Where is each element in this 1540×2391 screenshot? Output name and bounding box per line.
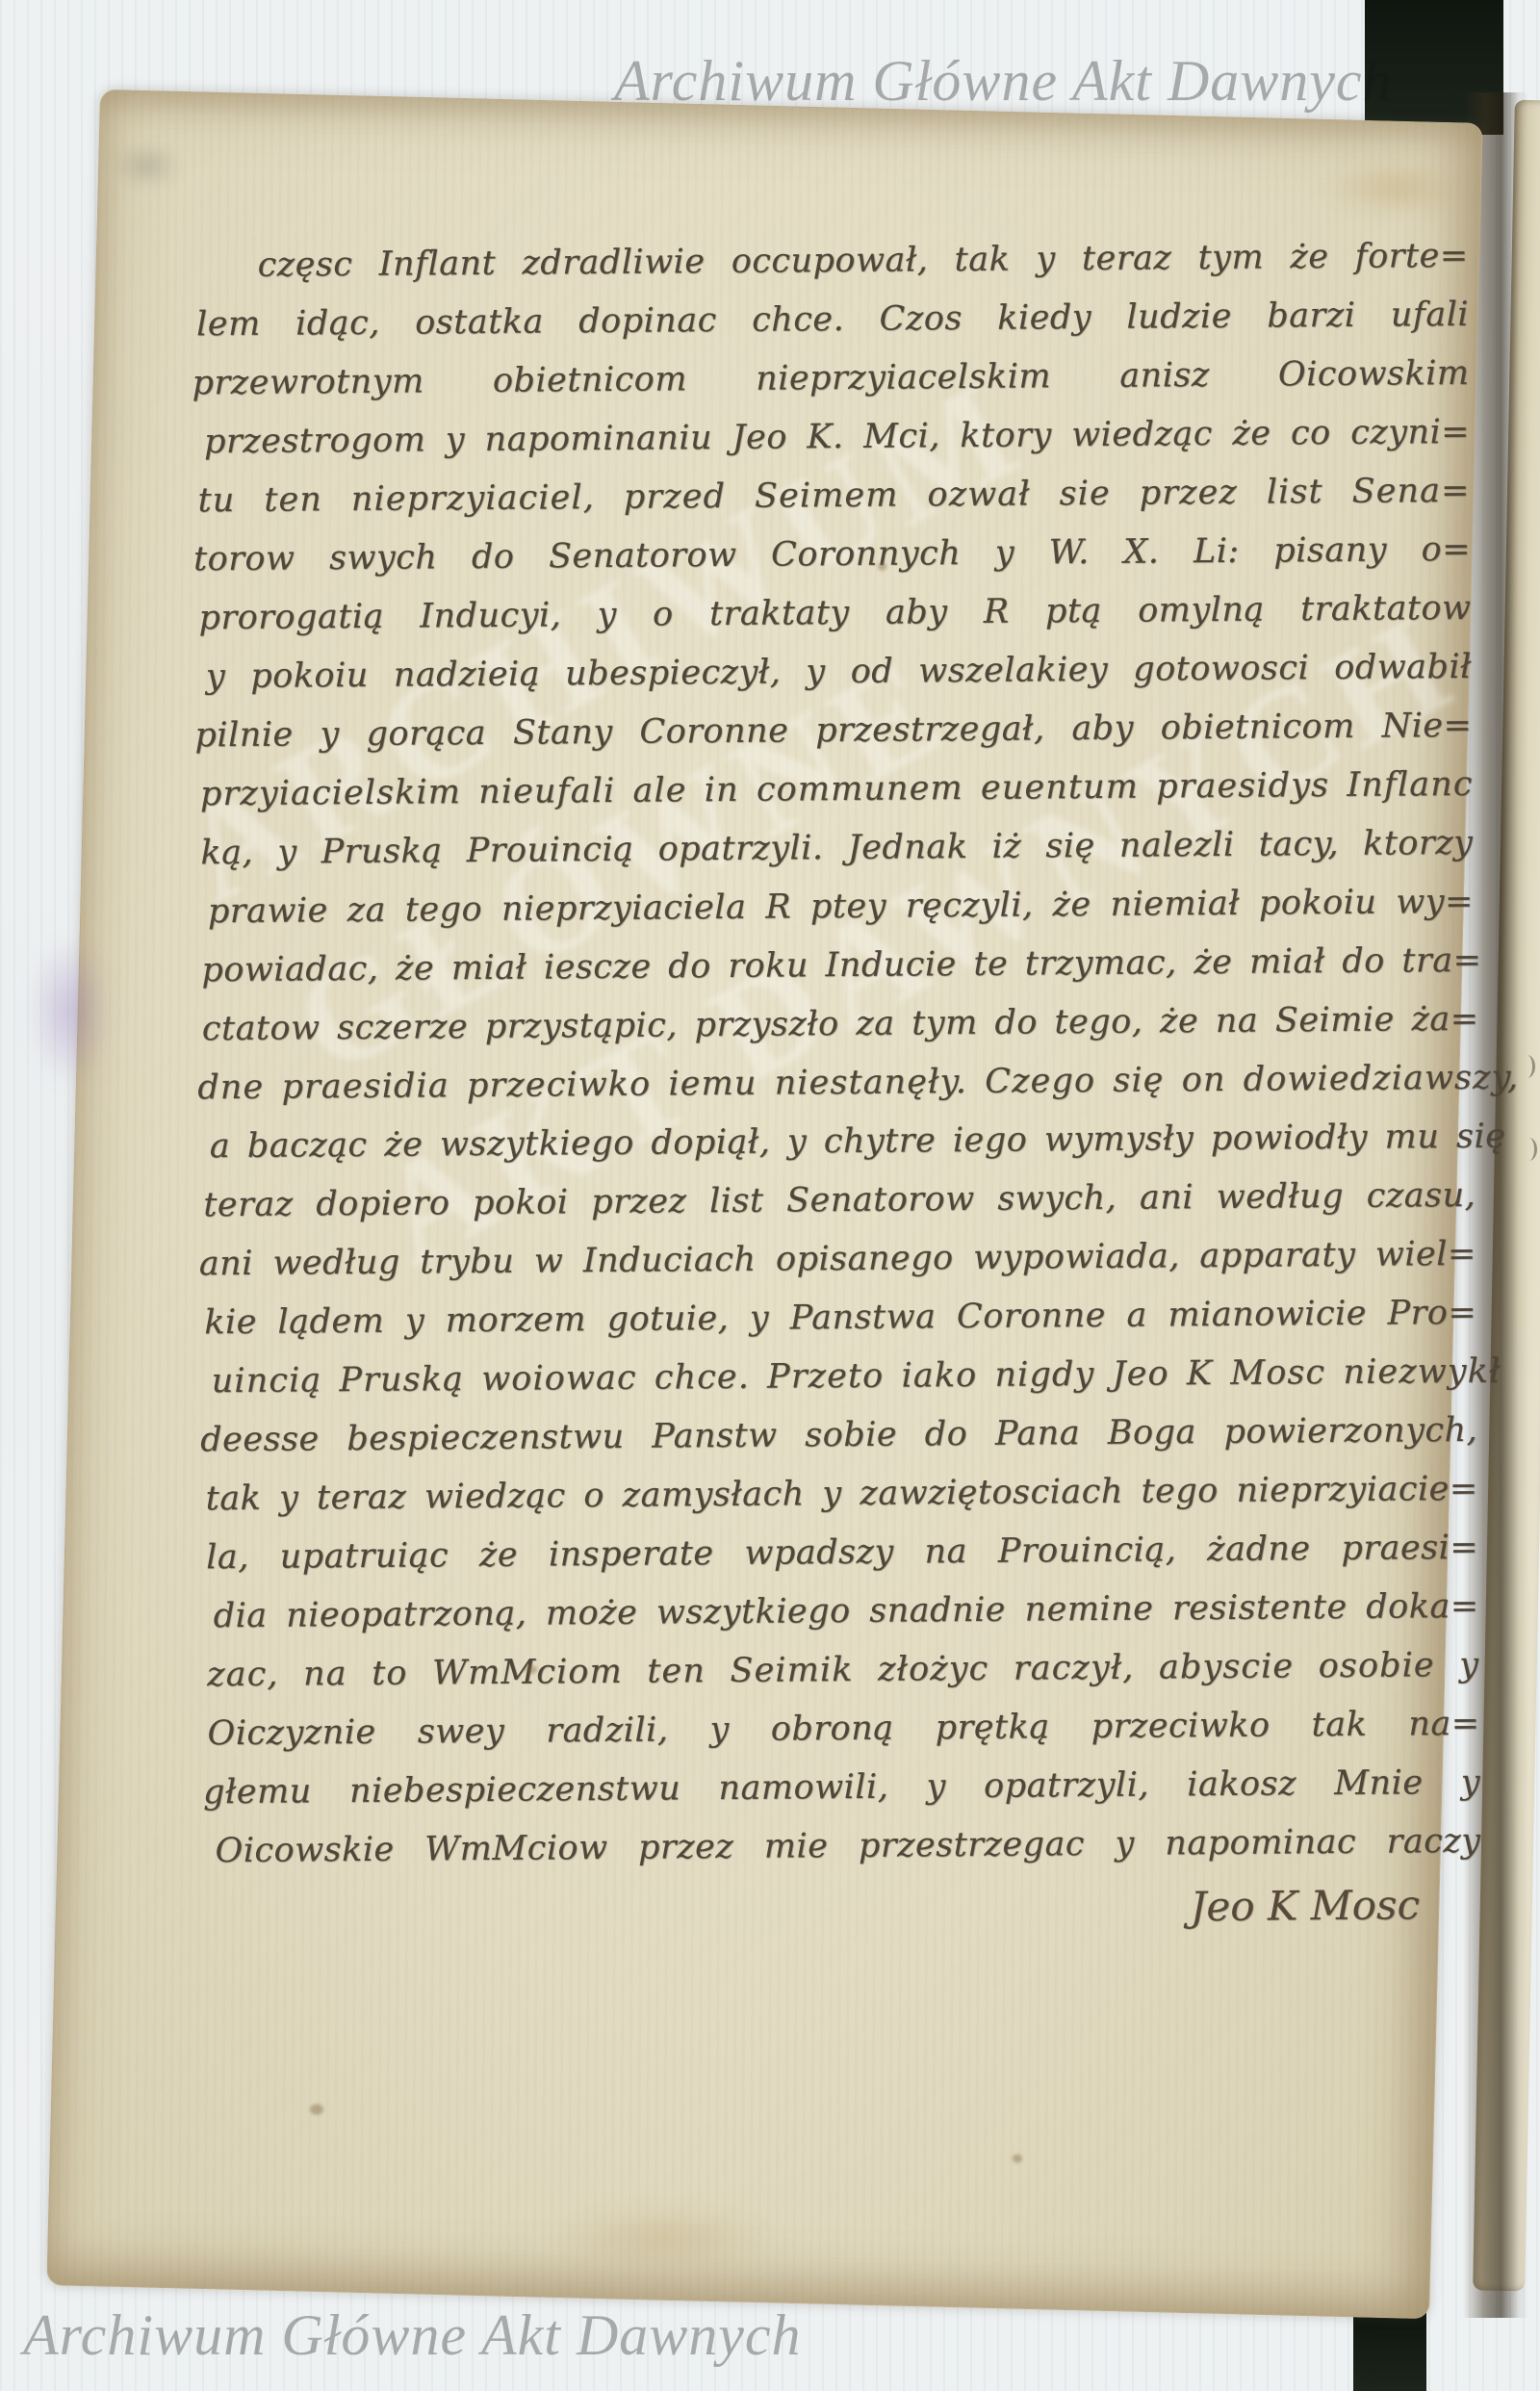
next-page-ink-mark bbox=[1519, 1055, 1535, 1078]
manuscript-line: tak y teraz wiedząc o zamysłach y zawzię… bbox=[205, 1460, 1477, 1529]
manuscript-line: a bacząc że wszytkiego dopiął, y chytre … bbox=[210, 1108, 1476, 1176]
manuscript-line: Oiczyznie swey radzili, y obroną prętką … bbox=[207, 1695, 1479, 1763]
manuscript-line: przestrogom y napominaniu Jeo K. Mci, kt… bbox=[204, 403, 1470, 472]
manuscript-line: głemu niebespieczenstwu namowili, y opat… bbox=[203, 1754, 1480, 1822]
scan-canvas: ARCHIWUM GŁÓWNE AKT DAWNYCH częsc Inflan… bbox=[0, 0, 1540, 2391]
manuscript-line: torow swych do Senatorow Coronnych y W. … bbox=[193, 521, 1471, 589]
foxing-spot bbox=[526, 1665, 537, 1674]
foxing-spot bbox=[1013, 2154, 1022, 2163]
manuscript-line: teraz dopiero pokoi przez list Senatorow… bbox=[203, 1167, 1476, 1235]
manuscript-line: kie lądem y morzem gotuie, y Panstwa Cor… bbox=[204, 1284, 1476, 1352]
manuscript-line: dia nieopatrzoną, może wszytkiego snadni… bbox=[213, 1578, 1478, 1646]
manuscript-line: la, upatruiąc że insperate wpadszy na Pr… bbox=[206, 1519, 1478, 1587]
manuscript-line: prorogatią Inducyi, y o traktaty aby R p… bbox=[198, 579, 1471, 648]
manuscript-line: lem idąc, ostatka dopinac chce. Czos kie… bbox=[196, 286, 1469, 354]
manuscript-line: uincią Pruską woiowac chce. Przeto iako … bbox=[211, 1343, 1476, 1411]
foxing-spot bbox=[310, 2104, 323, 2115]
manuscript-line: ką, y Pruską Prouincią opatrzyli. Jednak… bbox=[200, 814, 1473, 883]
manuscript-line: częsc Inflant zdradliwie occupował, tak … bbox=[195, 227, 1468, 296]
archive-watermark-bottom: Archiwum Główne Akt Dawnych bbox=[23, 2302, 802, 2369]
scanner-bookmark-strip-bottom bbox=[1353, 2312, 1426, 2391]
manuscript-text: częsc Inflant zdradliwie occupował, tak … bbox=[195, 227, 1481, 1938]
archive-watermark-top: Archiwum Główne Akt Dawnych bbox=[614, 48, 1393, 115]
manuscript-line: zac, na to WmMciom ten Seimik złożyc rac… bbox=[207, 1636, 1479, 1705]
foxing-spot bbox=[878, 562, 886, 571]
manuscript-line: prawie za tego nieprzyiaciela R ptey ręc… bbox=[208, 873, 1474, 941]
manuscript-line: ani według trybu w Induciach opisanego w… bbox=[199, 1225, 1476, 1294]
manuscript-page: ARCHIWUM GŁÓWNE AKT DAWNYCH częsc Inflan… bbox=[46, 90, 1482, 2319]
manuscript-line: ctatow sczerze przystąpic, przyszło za t… bbox=[202, 990, 1475, 1059]
manuscript-line: dne praesidia przeciwko iemu niestanęły.… bbox=[197, 1049, 1475, 1118]
royal-signature: Jeo K Mosc bbox=[209, 1881, 1481, 1938]
manuscript-line: deesse bespieczenstwu Panstw sobie do Pa… bbox=[200, 1401, 1477, 1470]
manuscript-line: przyiacielskim nieufali ale in communem … bbox=[200, 756, 1473, 824]
manuscript-line: przewrotnym obietnicom nieprzyiacelskim … bbox=[192, 345, 1469, 413]
manuscript-line: Oicowskie WmMciow przez mie przestrzegac… bbox=[215, 1813, 1480, 1881]
manuscript-line: pilnie y gorąca Stany Coronne przestrzeg… bbox=[194, 697, 1472, 765]
manuscript-line: y pokoiu nadzieią ubespieczył, y od wsze… bbox=[206, 638, 1472, 707]
manuscript-line: powiadac, że miał iescze do roku Inducie… bbox=[201, 932, 1474, 1000]
next-page-ink-mark bbox=[1521, 1138, 1537, 1161]
manuscript-line: tu ten nieprzyiaciel, przed Seimem ozwał… bbox=[197, 462, 1470, 530]
